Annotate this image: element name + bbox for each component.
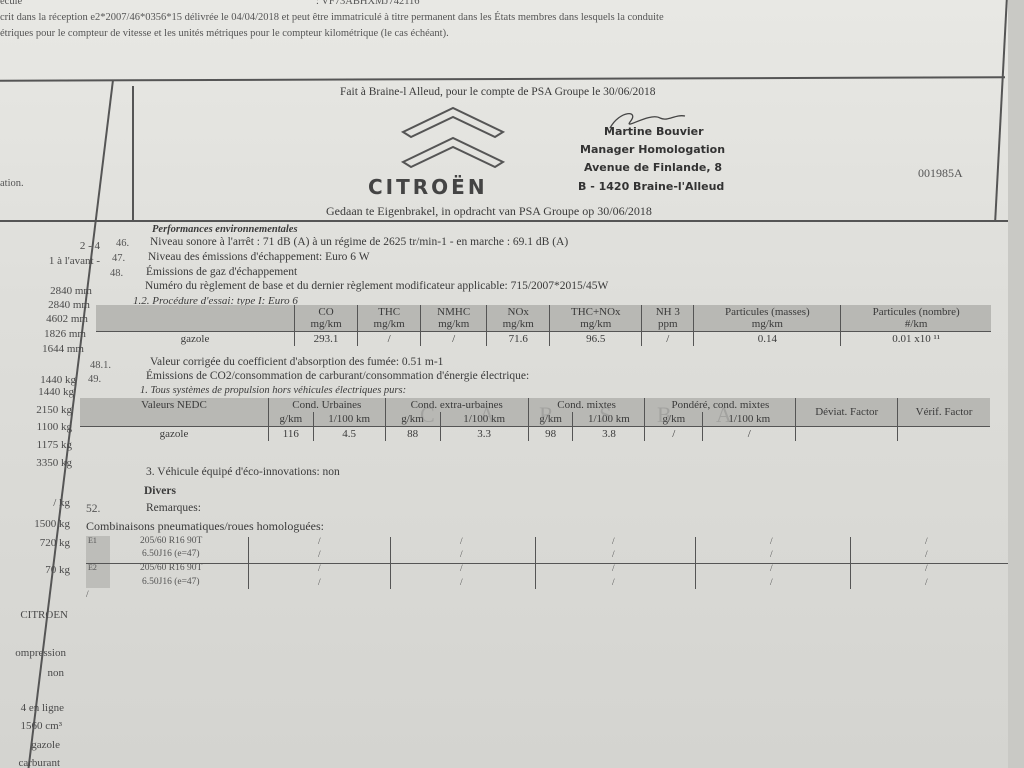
tyre-tag: E1: [88, 536, 97, 545]
tyre-col-divider: [390, 537, 391, 589]
emission-level: Niveau des émissions d'échappement: Euro…: [148, 251, 370, 263]
vin-label: ecule: [0, 0, 22, 7]
vin-value: : VF73ABHXMJ742116: [316, 0, 420, 7]
left-value: 70 kg: [0, 564, 70, 576]
item-number: 47.: [112, 253, 125, 264]
left-value: 4 en ligne: [0, 702, 64, 714]
tyre-size: 205/60 R16 90T: [140, 536, 202, 546]
frame-edge: [994, 0, 1007, 220]
left-value: 720 kg: [0, 537, 70, 549]
left-value: non: [0, 667, 64, 679]
tyres-title: Combinaisons pneumatiques/roues homologu…: [86, 519, 324, 534]
tyre-col-divider: [248, 537, 249, 589]
left-value: carburant: [0, 757, 60, 768]
left-value: 1175 kg: [0, 439, 72, 451]
tyre-value: /: [770, 564, 773, 574]
tyre-tag: E2: [88, 563, 97, 572]
signatory-title: Manager Homologation: [580, 143, 725, 156]
item-number: 48.: [110, 268, 123, 279]
item-number: 49.: [88, 374, 101, 385]
left-value: 2840 mm: [0, 285, 92, 297]
item-number: 52.: [86, 503, 100, 515]
frame-left: [132, 86, 134, 220]
tyre-value: /: [770, 537, 773, 547]
left-value: 1644 mm: [0, 343, 84, 355]
document-page: ecule : VF73ABHXMJ742116 crit dans la ré…: [0, 0, 1010, 768]
tyre-value: /: [770, 578, 773, 588]
left-value: gazole: [0, 739, 60, 751]
left-value: 2150 kg: [0, 404, 72, 416]
tyre-value: /: [925, 564, 928, 574]
section-title: Performances environnementales: [152, 224, 298, 235]
tyre-value: /: [925, 578, 928, 588]
tyre-placeholder: /: [86, 590, 89, 600]
tyre-col-divider: [535, 537, 536, 589]
document-number: 001985A: [918, 166, 963, 181]
item-number: 46.: [116, 238, 129, 249]
top-line-2: étriques pour le compteur de vitesse et …: [0, 28, 449, 39]
tyre-value: /: [318, 578, 321, 588]
left-value: 1440 kg: [0, 374, 76, 386]
left-value: ompression: [0, 647, 66, 659]
tyre-value: /: [925, 537, 928, 547]
tyre-col-divider: [850, 537, 851, 589]
table-row: gazole 116 4.5 88 3.3 98 3.8 / /: [80, 427, 990, 442]
address-line-1: Avenue de Finlande, 8: [584, 161, 722, 174]
divider: [0, 220, 1010, 222]
regulation-number: Numéro du règlement de base et du dernie…: [145, 280, 608, 292]
gedaan-line: Gedaan te Eigenbrakel, in opdracht van P…: [326, 204, 652, 219]
tyre-value: /: [318, 537, 321, 547]
co2-heading: Émissions de CO2/consommation de carbura…: [146, 370, 529, 382]
eco-innovations: 3. Véhicule équipé d'éco-innovations: no…: [146, 466, 340, 478]
left-value: 1100 kg: [0, 421, 72, 433]
left-value: 3350 kg: [0, 457, 72, 469]
tyre-value: /: [770, 550, 773, 560]
left-value: 1560 cm³: [0, 720, 62, 732]
divers-heading: Divers: [144, 485, 176, 497]
left-value: 4602 mm: [0, 313, 88, 325]
rim-size: 6.50J16 (e=47): [142, 549, 200, 559]
tyre-value: /: [612, 537, 615, 547]
noise-level: Niveau sonore à l'arrêt : 71 dB (A) à un…: [150, 236, 568, 248]
tyre-value: /: [612, 564, 615, 574]
tyre-value: /: [460, 564, 463, 574]
left-value: 2 - 4: [0, 240, 100, 252]
rim-size: 6.50J16 (e=47): [142, 577, 200, 587]
remarks-label: Remarques:: [146, 502, 201, 514]
left-value: / kg: [0, 497, 70, 509]
item-number: 48.1.: [90, 360, 111, 371]
left-fragment: ation.: [0, 178, 24, 189]
smoke-coefficient: Valeur corrigée du coefficient d'absorpt…: [150, 356, 443, 368]
tyre-value: /: [925, 550, 928, 560]
citroen-chevrons-icon: [398, 104, 508, 174]
left-value: CITROEN: [0, 609, 68, 621]
tyre-value: /: [612, 578, 615, 588]
left-value: 1440 kg: [0, 386, 74, 398]
top-line-1: crit dans la réception e2*2007/46*0356*1…: [0, 12, 664, 23]
tyre-value: /: [460, 550, 463, 560]
tyre-col-divider: [695, 537, 696, 589]
exhaust-emissions: Émissions de gaz d'échappement: [146, 266, 297, 278]
signatory-name: Martine Bouvier: [604, 125, 704, 138]
tyre-value: /: [460, 578, 463, 588]
left-value: 1826 mm: [0, 328, 86, 340]
address-line-2: B - 1420 Braine-l'Alleud: [578, 180, 724, 193]
left-value: 1 à l'avant -: [0, 255, 100, 267]
table-row: gazole 293.1 / / 71.6 96.5 / 0.14 0.01 x…: [96, 332, 991, 347]
tyre-value: /: [318, 550, 321, 560]
tyre-size: 205/60 R16 90T: [140, 563, 202, 573]
propulsion-note: 1. Tous systèmes de propulsion hors véhi…: [140, 385, 406, 396]
divider: [0, 76, 1005, 81]
tyre-divider: [86, 563, 1010, 564]
fait-line: Fait à Braine-l Alleud, pour le compte d…: [340, 86, 656, 98]
watermark: C A R S B A: [420, 402, 752, 428]
tyre-value: /: [612, 550, 615, 560]
page-edge: [1008, 0, 1024, 768]
tyre-value: /: [318, 564, 321, 574]
left-value: 2840 mm: [0, 299, 90, 311]
tyre-value: /: [460, 537, 463, 547]
brand-logo: CITROËN: [368, 175, 488, 199]
emissions-table: COmg/km THCmg/km NMHCmg/km NOxmg/km THC+…: [96, 305, 991, 346]
left-value: 1500 kg: [0, 518, 70, 530]
